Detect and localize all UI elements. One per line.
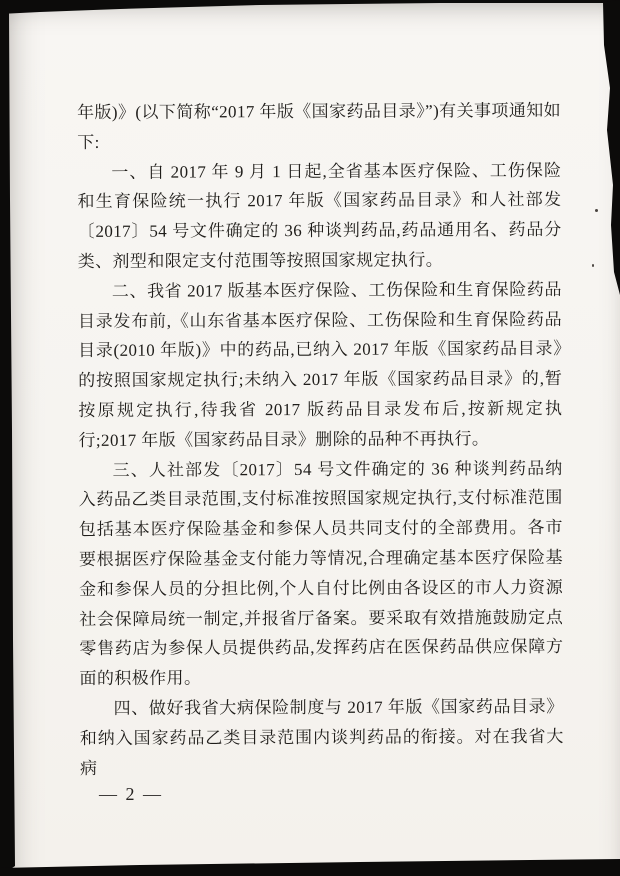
paragraph-item-1: 一、自 2017 年 9 月 1 日起,全省基本医疗保险、工伤保险和生育保险统一… bbox=[77, 155, 562, 276]
scan-speck bbox=[344, 648, 346, 650]
paragraph-continuation: 年版)》(以下简称“2017 年版《国家药品目录》”)有关事项通知如下: bbox=[77, 96, 561, 158]
scan-speck bbox=[592, 264, 594, 267]
page-number: — 2 — bbox=[99, 784, 163, 805]
paragraph-item-4: 四、做好我省大病保险制度与 2017 年版《国家药品目录》和纳入国家药品乙类目录… bbox=[80, 692, 564, 784]
scanned-document-page: 年版)》(以下简称“2017 年版《国家药品目录》”)有关事项通知如下: 一、自… bbox=[0, 0, 620, 876]
scan-speck bbox=[595, 209, 598, 212]
paragraph-item-2: 二、我省 2017 版基本医疗保险、工伤保险和生育保险药品目录发布前,《山东省基… bbox=[78, 275, 563, 456]
document-body: 年版)》(以下简称“2017 年版《国家药品目录》”)有关事项通知如下: 一、自… bbox=[77, 96, 564, 783]
paragraph-item-3: 三、人社部发〔2017〕54 号文件确定的 36 种谈判药品纳入药品乙类目录范围… bbox=[79, 453, 564, 693]
